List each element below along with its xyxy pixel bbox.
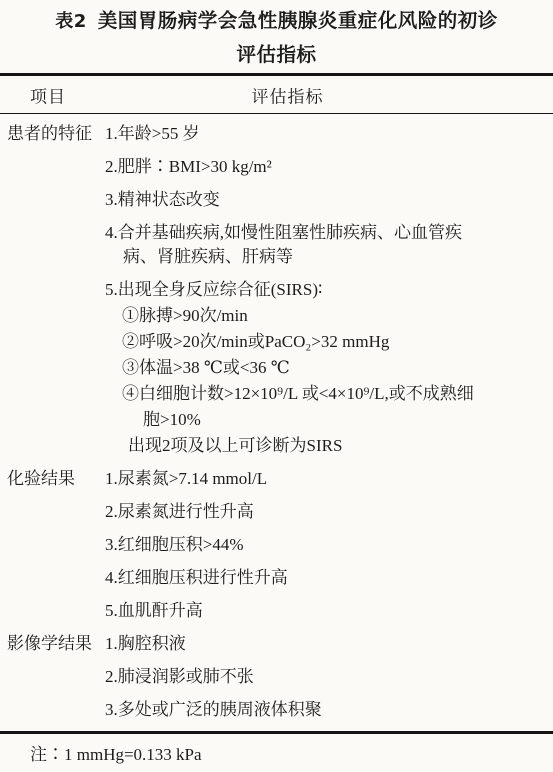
- criteria-item: 3.多处或广泛的胰周液体积聚: [105, 698, 553, 722]
- criteria-item: 1.尿素氮>7.14 mmol/L: [105, 467, 553, 491]
- sirs-criterion-respiration: ②呼吸>20次/min或PaCO₂>32 mmHg: [122, 330, 553, 354]
- table-title: 表2美国胃肠病学会急性胰腺炎重症化风险的初诊 评估指标: [0, 0, 553, 73]
- table-number-label: 表2: [55, 11, 87, 32]
- criteria-item: 4.合并基础疾病,如慢性阻塞性肺疾病、心血管疾 病、肾脏疾病、肝病等: [105, 221, 553, 269]
- criteria-item: 2.尿素氮进行性升高: [105, 500, 553, 524]
- criteria-item-sirs: 5.出现全身反应综合征(SIRS)∶ ①脉搏>90次/min ②呼吸>20次/m…: [105, 278, 553, 458]
- criteria-line: 2.尿素氮进行性升高: [105, 500, 553, 524]
- criteria-item: 1.年龄>55 岁: [105, 122, 553, 146]
- table-bottom-rule: [0, 731, 553, 734]
- row-label-lab-results: 化验结果: [0, 467, 105, 632]
- table-title-text: 美国胃肠病学会急性胰腺炎重症化风险的初诊: [98, 11, 498, 32]
- column-header-criteria: 评估指标: [252, 82, 324, 107]
- criteria-line: 3.多处或广泛的胰周液体积聚: [105, 698, 553, 722]
- row-content-patient-characteristics: 1.年龄>55 岁 2.肥胖∶BMI>30 kg/m² 3.精神状态改变 4.合…: [105, 122, 553, 467]
- criteria-item: 3.精神状态改变: [105, 188, 553, 212]
- table-row-patient-characteristics: 患者的特征 1.年龄>55 岁 2.肥胖∶BMI>30 kg/m² 3.精神状态…: [0, 122, 553, 467]
- table-footnote: 注∶1 mmHg=0.133 kPa: [30, 743, 553, 767]
- table-row-imaging-results: 影像学结果 1.胸腔积液 2.肺浸润影或肺不张 3.多处或广泛的胰周液体积聚: [0, 632, 553, 731]
- criteria-line-continuation: 病、肾脏疾病、肝病等: [105, 245, 553, 269]
- criteria-line: 5.血肌酐升高: [105, 599, 553, 623]
- sirs-criterion-wbc-continuation: 胞>10%: [122, 408, 553, 432]
- table-figure-page: 表2美国胃肠病学会急性胰腺炎重症化风险的初诊 评估指标 项目 评估指标 患者的特…: [0, 0, 553, 772]
- row-label-imaging-results: 影像学结果: [0, 632, 105, 731]
- row-content-lab-results: 1.尿素氮>7.14 mmol/L 2.尿素氮进行性升高 3.红细胞压积>44%…: [105, 467, 553, 632]
- criteria-line: 1.年龄>55 岁: [105, 122, 553, 146]
- row-label-patient-characteristics: 患者的特征: [0, 122, 105, 467]
- criteria-item: 5.血肌酐升高: [105, 599, 553, 623]
- criteria-line: 3.红细胞压积>44%: [105, 533, 553, 557]
- criteria-item: 4.红细胞压积进行性升高: [105, 566, 553, 590]
- criteria-item: 1.胸腔积液: [105, 632, 553, 656]
- table-header-row: 项目 评估指标: [0, 73, 553, 114]
- criteria-line: 4.合并基础疾病,如慢性阻塞性肺疾病、心血管疾: [105, 221, 553, 245]
- sirs-diagnosis-note: 出现2项及以上可诊断为SIRS: [122, 434, 553, 458]
- table-title-line2: 评估指标: [0, 39, 553, 73]
- criteria-line: 5.出现全身反应综合征(SIRS)∶: [105, 278, 553, 302]
- sirs-criterion-temperature: ③体温>38 ℃或<36 ℃: [122, 356, 553, 380]
- table-title-line1: 表2美国胃肠病学会急性胰腺炎重症化风险的初诊: [0, 5, 553, 39]
- criteria-item: 3.红细胞压积>44%: [105, 533, 553, 557]
- criteria-line: 3.精神状态改变: [105, 188, 553, 212]
- criteria-line: 1.胸腔积液: [105, 632, 553, 656]
- table-row-lab-results: 化验结果 1.尿素氮>7.14 mmol/L 2.尿素氮进行性升高 3.红细胞压…: [0, 467, 553, 632]
- sirs-criterion-pulse: ①脉搏>90次/min: [122, 304, 553, 328]
- criteria-item: 2.肺浸润影或肺不张: [105, 665, 553, 689]
- criteria-line: 2.肥胖∶BMI>30 kg/m²: [105, 155, 553, 179]
- criteria-line: 2.肺浸润影或肺不张: [105, 665, 553, 689]
- criteria-item: 2.肥胖∶BMI>30 kg/m²: [105, 155, 553, 179]
- criteria-line: 4.红细胞压积进行性升高: [105, 566, 553, 590]
- column-header-item: 项目: [30, 82, 66, 107]
- sirs-criterion-wbc: ④白细胞计数>12×10⁹/L 或<4×10⁹/L,或不成熟细: [122, 382, 553, 406]
- sirs-criteria-list: ①脉搏>90次/min ②呼吸>20次/min或PaCO₂>32 mmHg ③体…: [105, 304, 553, 458]
- criteria-line: 1.尿素氮>7.14 mmol/L: [105, 467, 553, 491]
- table-body: 患者的特征 1.年龄>55 岁 2.肥胖∶BMI>30 kg/m² 3.精神状态…: [0, 114, 553, 731]
- row-content-imaging-results: 1.胸腔积液 2.肺浸润影或肺不张 3.多处或广泛的胰周液体积聚: [105, 632, 553, 731]
